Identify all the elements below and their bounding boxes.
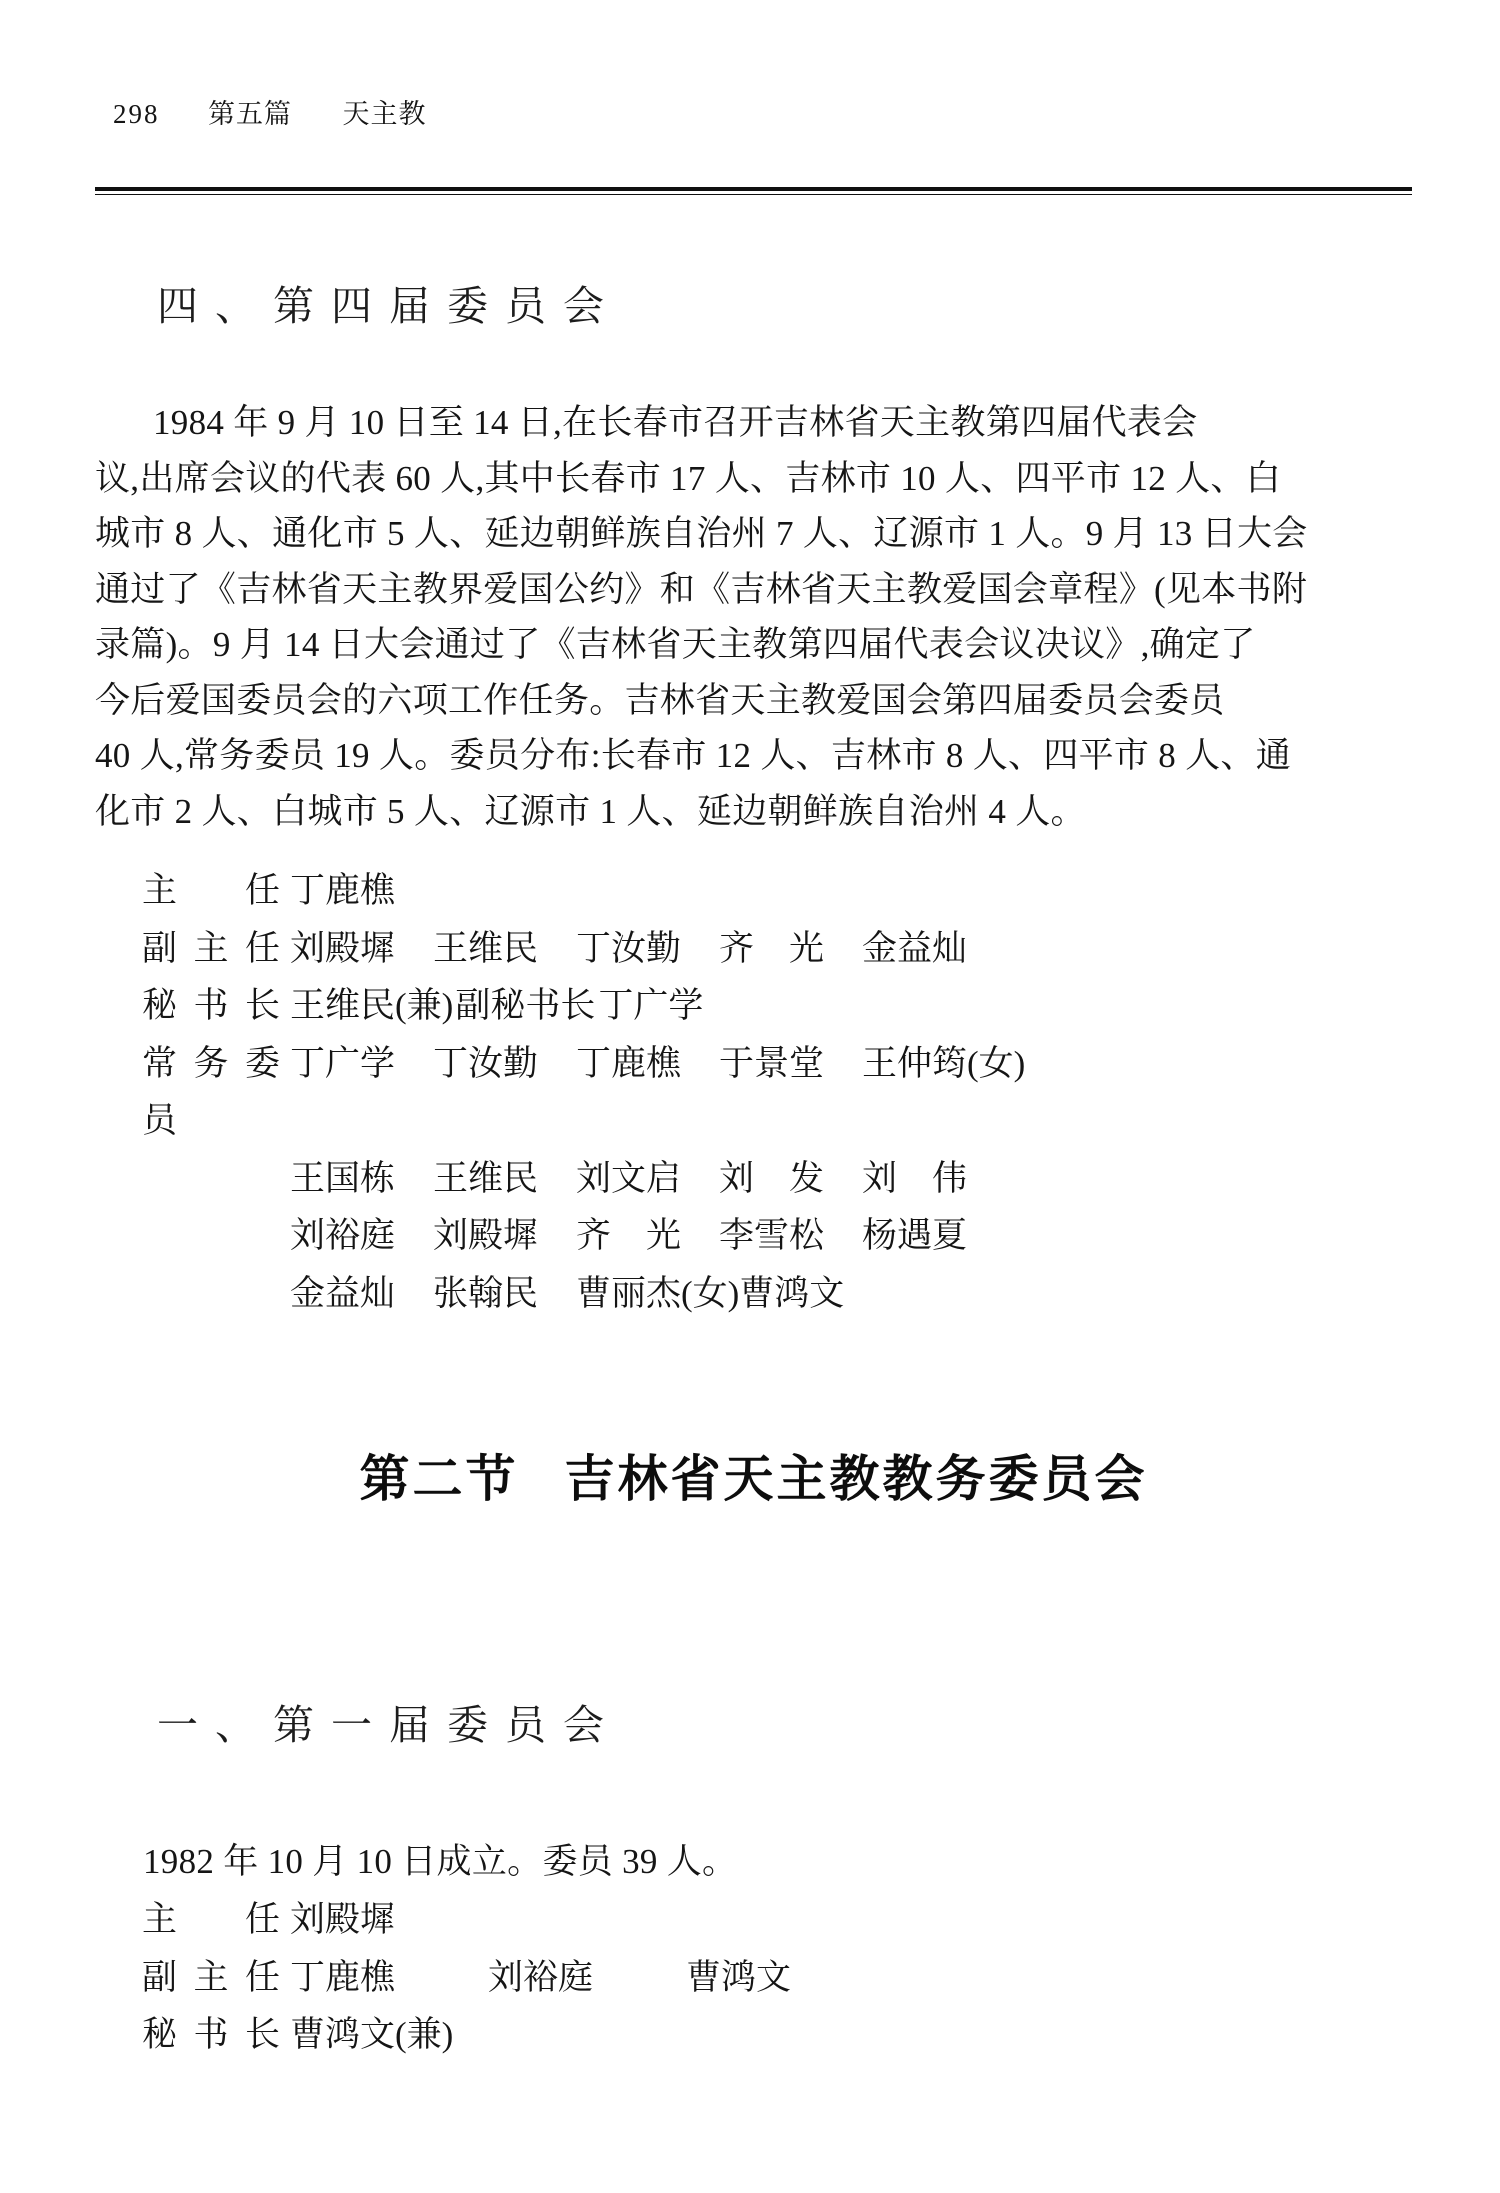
founding-line: 1982 年 10 月 10 日成立。委员 39 人。 (95, 1834, 1412, 1889)
roster-position-label (142, 1207, 280, 1265)
paragraph-line: 化市 2 人、白城市 5 人、辽源市 1 人、延边朝鲜族自治州 4 人。 (95, 784, 1412, 840)
roster-names: 王维民(兼) 副秘书长 丁广学 (290, 977, 741, 1035)
roster-name: 刘文启 (576, 1150, 719, 1208)
chapter-number: 第二节 (360, 1451, 519, 1507)
roster-row: 王国栋 王维民 刘文启 刘 发 刘 伟 (95, 1150, 1412, 1208)
paragraph-line: 1984 年 9 月 10 日至 14 日,在长春市召开吉林省天主教第四届代表会 (95, 395, 1412, 451)
roster-row: 主任 丁鹿樵 (95, 862, 1412, 920)
roster-row: 主任 刘殿墀 (95, 1891, 1412, 1949)
book-page: 298 第五篇 天主教 四、第四届委员会 1984 年 9 月 10 日至 14… (0, 0, 1500, 2064)
roster-name: 王仲筠(女) (862, 1035, 1027, 1150)
roster-name: 丁广学 (290, 1035, 433, 1150)
roster-name: 副秘书长 (455, 977, 598, 1035)
officer-roster-fourth: 主任 丁鹿樵 副主任 刘殿墀 王维民 丁汝勤 (95, 862, 1412, 1322)
roster-name: 丁鹿樵 (290, 1949, 488, 2007)
roster-name: 齐 光 (719, 920, 862, 978)
roster-name: 于景堂 (719, 1035, 862, 1150)
roster-name: 刘殿墀 (290, 1891, 488, 1949)
roster-names: 刘裕庭 刘殿墀 齐 光 李雪松 杨遇夏 (290, 1207, 1005, 1265)
roster-name: 王国栋 (290, 1150, 433, 1208)
roster-row: 刘裕庭 刘殿墀 齐 光 李雪松 杨遇夏 (95, 1207, 1412, 1265)
roster-row: 金益灿 张翰民 曹丽杰(女)曹鸿文 (95, 1265, 1412, 1323)
roster-name: 丁鹿樵 (290, 862, 433, 920)
roster-position-label: 副主任 (142, 920, 280, 978)
chapter-title: 吉林省天主教教务委员会 (565, 1451, 1148, 1507)
roster-name: 金益灿 (290, 1265, 433, 1323)
roster-names: 丁鹿樵 刘裕庭 曹鸿文 (290, 1949, 884, 2007)
roster-name: 曹鸿文 (686, 1949, 884, 2007)
roster-names: 刘殿墀 王维民 丁汝勤 齐 光 金益灿 (290, 920, 1005, 978)
roster-name: 刘裕庭 (290, 1207, 433, 1265)
paragraph-line: 通过了《吉林省天主教界爱国公约》和《吉林省天主教爱国会章程》(见本书附 (95, 562, 1412, 618)
roster-row: 秘书长 王维民(兼) 副秘书长 丁广学 (95, 977, 1412, 1035)
roster-name: 刘裕庭 (488, 1949, 686, 2007)
roster-position-label (142, 1150, 280, 1208)
roster-name: 刘殿墀 (433, 1207, 576, 1265)
roster-row: 秘书长 曹鸿文(兼) (95, 2006, 1412, 2064)
roster-name: 丁汝勤 (576, 920, 719, 978)
officer-roster-first: 主任 刘殿墀 副主任 丁鹿樵 刘裕庭 曹鸿文 (95, 1891, 1412, 2064)
part-title: 天主教 (343, 99, 427, 129)
section-heading-first-committee: 一、第一届委员会 (157, 1700, 1412, 1750)
page-number: 298 (113, 99, 160, 129)
roster-name: 金益灿 (862, 920, 1005, 978)
roster-names: 王国栋 王维民 刘文启 刘 发 刘 伟 (290, 1150, 1005, 1208)
roster-name: 丁广学 (598, 977, 741, 1035)
roster-row: 副主任 刘殿墀 王维民 丁汝勤 齐 光 金益灿 (95, 920, 1412, 978)
roster-row: 副主任 丁鹿樵 刘裕庭 曹鸿文 (95, 1949, 1412, 2007)
paragraph-line: 议,出席会议的代表 60 人,其中长春市 17 人、吉林市 10 人、四平市 1… (95, 451, 1412, 507)
part-label: 第五篇 (208, 99, 292, 129)
roster-names: 丁广学 丁汝勤 丁鹿樵 于景堂 王仲筠(女) (290, 1035, 1027, 1150)
roster-name: 张翰民 (433, 1265, 576, 1323)
roster-name: 曹丽杰(女)曹鸿文 (576, 1265, 846, 1323)
roster-name: 刘 伟 (862, 1150, 1005, 1208)
header-rule (95, 187, 1412, 195)
roster-position-label (142, 1265, 280, 1323)
roster-name: 丁汝勤 (433, 1035, 576, 1150)
roster-name: 王维民 (433, 920, 576, 978)
roster-position-label: 秘书长 (142, 2006, 280, 2064)
roster-names: 刘殿墀 (290, 1891, 488, 1949)
roster-position-label: 主任 (142, 862, 280, 920)
paragraph-line: 城市 8 人、通化市 5 人、延边朝鲜族自治州 7 人、辽源市 1 人。9 月 … (95, 506, 1412, 562)
page-header: 298 第五篇 天主教 (95, 0, 1412, 129)
roster-name: 丁鹿樵 (576, 1035, 719, 1150)
roster-position-label: 主任 (142, 1891, 280, 1949)
roster-row: 常务委员 丁广学 丁汝勤 丁鹿樵 于景堂 王仲筠(女) (95, 1035, 1412, 1150)
roster-names: 丁鹿樵 (290, 862, 433, 920)
paragraph-line: 录篇)。9 月 14 日大会通过了《吉林省天主教第四届代表会议决议》,确定了 (95, 617, 1412, 673)
roster-name: 齐 光 (576, 1207, 719, 1265)
roster-position-label: 副主任 (142, 1949, 280, 2007)
body-paragraph: 1984 年 9 月 10 日至 14 日,在长春市召开吉林省天主教第四届代表会… (95, 395, 1412, 839)
roster-position-label: 秘书长 (142, 977, 280, 1035)
roster-names: 曹鸿文(兼) (290, 2006, 488, 2064)
roster-names: 金益灿 张翰民 曹丽杰(女)曹鸿文 (290, 1265, 846, 1323)
paragraph-line: 今后爱国委员会的六项工作任务。吉林省天主教爱国会第四届委员会委员 (95, 673, 1412, 729)
roster-name: 刘 发 (719, 1150, 862, 1208)
chapter-heading: 第二节吉林省天主教教务委员会 (95, 1448, 1412, 1510)
paragraph-line: 40 人,常务委员 19 人。委员分布:长春市 12 人、吉林市 8 人、四平市… (95, 728, 1412, 784)
roster-name: 杨遇夏 (862, 1207, 1005, 1265)
roster-position-label: 常务委员 (142, 1035, 280, 1150)
roster-name: 刘殿墀 (290, 920, 433, 978)
header-rule-thin (95, 194, 1412, 195)
roster-name: 王维民 (433, 1150, 576, 1208)
section-heading-fourth-committee: 四、第四届委员会 (157, 281, 1412, 331)
roster-name: 李雪松 (719, 1207, 862, 1265)
roster-name: 王维民(兼) (290, 977, 455, 1035)
roster-name: 曹鸿文(兼) (290, 2006, 488, 2064)
header-rule-thick (95, 187, 1412, 191)
